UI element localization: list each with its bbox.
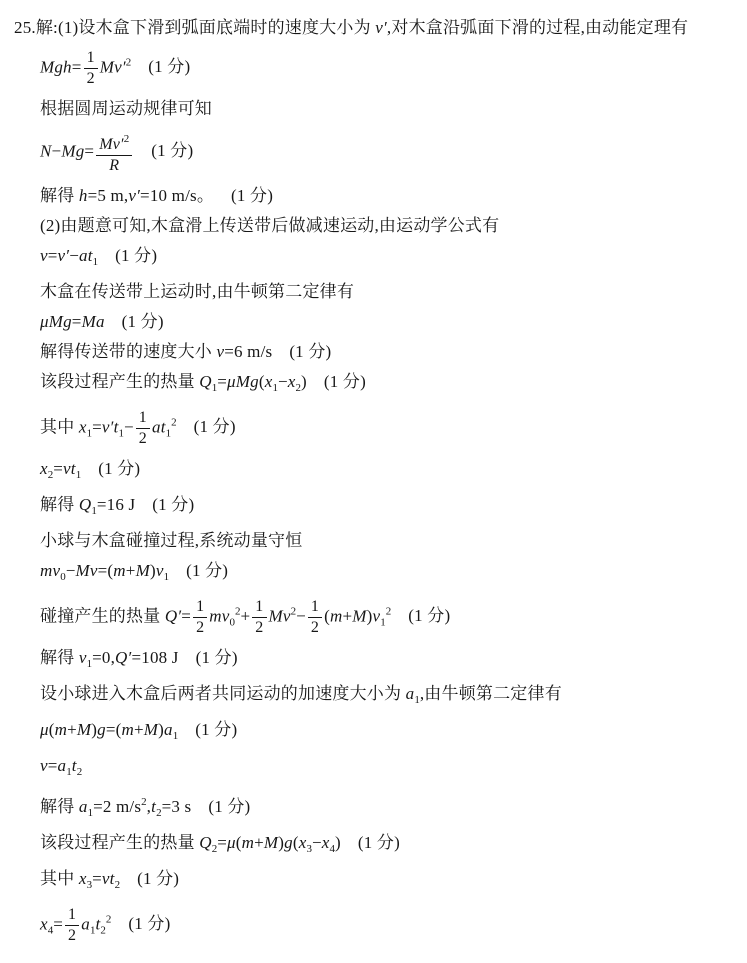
solution-line: mv0−Mv=(m+M)v1(1 分)	[14, 556, 741, 592]
text-run: ,对木盒沿弧面下滑的过程,由动能定理有	[387, 18, 688, 37]
math-variable: Q′	[165, 606, 181, 625]
solution-line: x4=12a1t22(1 分)	[14, 900, 741, 951]
math-variable: x	[299, 833, 307, 852]
text-run: 解得传送带的速度大小	[40, 342, 216, 361]
solution-line: N−Mg=Mv′2R(1 分)	[14, 124, 741, 181]
fraction-denominator: 2	[136, 429, 150, 448]
math-variable: at	[152, 417, 166, 436]
solution-line: μ(m+M)g=(m+M)a1(1 分)	[14, 715, 741, 751]
text-run: 1	[311, 598, 319, 615]
math-subscript: 1	[173, 730, 179, 742]
text-run: =	[217, 833, 227, 852]
math-variable: Q	[199, 372, 211, 391]
solution-line: v=a1t2	[14, 751, 741, 787]
text-run: 25.解:(1)设木盒下滑到弧面底端时的速度大小为	[14, 18, 375, 37]
math-variable: vt	[102, 869, 115, 888]
text-run: =	[72, 57, 82, 76]
math-subscript: 1	[76, 469, 82, 481]
fraction-denominator: 2	[308, 618, 322, 637]
math-variable: Mv	[76, 561, 98, 580]
text-run: 解得	[40, 495, 79, 514]
math-variable: Mgh	[40, 57, 72, 76]
math-variable: Q′	[115, 648, 131, 667]
text-run: ,由牛顿第二定律有	[420, 684, 562, 703]
text-run: +	[241, 606, 251, 625]
text-run: =108 J	[131, 648, 178, 667]
math-variable: mv	[209, 606, 229, 625]
text-run: =	[48, 246, 58, 265]
math-superscript: 2	[124, 133, 130, 145]
text-run: 其中	[40, 869, 79, 888]
math-subscript: 1	[164, 571, 170, 583]
math-variable: v	[40, 246, 48, 265]
math-variable: Mv′	[100, 57, 126, 76]
solution-line: 其中 x1=v′t1−12at12(1 分)	[14, 403, 741, 454]
math-variable: g	[284, 833, 293, 852]
text-run: +	[134, 720, 144, 739]
text-run: =0,	[92, 648, 115, 667]
text-run: 1	[139, 409, 147, 426]
text-run: 设小球进入木盒后两者共同运动的加速度大小为	[40, 684, 406, 703]
math-variable: h	[79, 186, 88, 205]
solution-line: v=v′−at1(1 分)	[14, 241, 741, 277]
score-note: (1 分)	[128, 914, 170, 933]
score-note: (1 分)	[408, 606, 450, 625]
score-note: (1 分)	[208, 797, 250, 816]
text-run: )	[301, 372, 307, 391]
solution-line: Mgh=12Mv′2(1 分)	[14, 43, 741, 94]
text-run: =(	[98, 561, 114, 580]
fraction-denominator: 2	[84, 69, 98, 88]
text-run: =3 s	[162, 797, 192, 816]
math-superscript: 2	[171, 416, 177, 428]
fraction-numerator: 1	[193, 598, 207, 618]
math-variable: x	[40, 914, 48, 933]
fraction-numerator: 1	[84, 49, 98, 69]
math-subscript: 1	[380, 616, 386, 628]
text-run: 解得	[40, 797, 79, 816]
math-variable: at	[79, 246, 93, 265]
score-note: (1 分)	[186, 561, 228, 580]
math-superscript: 2	[106, 913, 112, 925]
text-run: =2 m/s	[93, 797, 141, 816]
math-variable: x	[79, 869, 87, 888]
math-variable: M	[144, 720, 158, 739]
score-note: (1 分)	[115, 246, 157, 265]
math-variable: a	[164, 720, 173, 739]
text-run: =	[92, 417, 102, 436]
text-run: −	[278, 372, 288, 391]
math-variable: Q	[79, 495, 91, 514]
score-note: (1 分)	[151, 141, 193, 160]
text-run: 1	[255, 598, 263, 615]
solution-line: x2=vt1(1 分)	[14, 454, 741, 490]
text-run: +	[126, 561, 136, 580]
text-run: 该段过程产生的热量	[40, 372, 199, 391]
solution-line: 根据圆周运动规律可知	[14, 94, 741, 124]
math-superscript: 2	[126, 56, 132, 68]
text-run: 2	[87, 70, 95, 87]
math-variable: μMg	[40, 312, 72, 331]
math-variable: Q	[199, 833, 211, 852]
solution-line: 解得 h=5 m,v′=10 m/s。(1 分)	[14, 181, 741, 211]
text-run: 碰撞产生的热量	[40, 606, 165, 625]
text-run: =6 m/s	[224, 342, 272, 361]
text-run: =	[72, 312, 82, 331]
text-run: (2)由题意可知,木盒滑上传送带后做减速运动,由运动学公式有	[40, 216, 499, 235]
solution-line: 解得传送带的速度大小 v=6 m/s(1 分)	[14, 337, 741, 367]
fraction-numerator: 1	[252, 598, 266, 618]
math-variable: v′	[58, 246, 70, 265]
math-subscript: 0	[230, 616, 236, 628]
math-variable: v	[156, 561, 164, 580]
math-variable: v	[40, 756, 48, 775]
text-run: 根据圆周运动规律可知	[40, 99, 212, 118]
score-note: (1 分)	[358, 833, 400, 852]
solution-line: 木盒在传送带上运动时,由牛顿第二定律有	[14, 277, 741, 307]
text-run: 解得	[40, 186, 79, 205]
score-note: (1 分)	[196, 648, 238, 667]
fraction: 12	[84, 49, 98, 88]
text-run: −	[124, 417, 134, 436]
math-variable: M	[264, 833, 278, 852]
fraction-denominator: 2	[193, 618, 207, 637]
text-run: 2	[196, 619, 204, 636]
math-variable: m	[330, 606, 342, 625]
text-run: 木盒在传送带上运动时,由牛顿第二定律有	[40, 282, 354, 301]
math-variable: a	[81, 914, 90, 933]
text-run: 2	[68, 927, 76, 944]
text-run: −	[69, 246, 79, 265]
math-variable: g	[97, 720, 106, 739]
math-variable: R	[109, 157, 119, 174]
math-variable: x	[79, 417, 87, 436]
fraction-numerator: 1	[65, 906, 79, 926]
math-variable: x	[288, 372, 296, 391]
math-variable: v′	[128, 186, 140, 205]
math-variable: μ	[40, 720, 49, 739]
solution-line: (2)由题意可知,木盒滑上传送带后做减速运动,由运动学公式有	[14, 211, 741, 241]
text-run: 解得	[40, 648, 79, 667]
solution-line: 碰撞产生的热量 Q′=12mv02+12Mv2−12(m+M)v12(1 分)	[14, 592, 741, 643]
fraction: 12	[193, 598, 207, 637]
text-run: +	[342, 606, 352, 625]
math-variable: M	[352, 606, 366, 625]
text-run: 1	[87, 49, 95, 66]
fraction: 12	[136, 409, 150, 448]
text-run: =5 m,	[88, 186, 129, 205]
text-run: 1	[196, 598, 204, 615]
text-run: −	[66, 561, 76, 580]
text-run: 该段过程产生的热量	[40, 833, 199, 852]
solution-line: 解得 a1=2 m/s2,t2=3 s(1 分)	[14, 787, 741, 828]
math-variable: m	[113, 561, 125, 580]
text-run: =(	[106, 720, 122, 739]
score-note: (1 分)	[122, 312, 164, 331]
text-run: =	[53, 459, 63, 478]
score-note: (1 分)	[148, 57, 190, 76]
solution-line: μMg=Ma(1 分)	[14, 307, 741, 337]
math-superscript: 2	[386, 605, 392, 617]
math-subscript: 1	[166, 427, 172, 439]
text-run: +	[254, 833, 264, 852]
score-note: (1 分)	[324, 372, 366, 391]
math-variable: v′	[375, 18, 387, 37]
solution-line: 25.解:(1)设木盒下滑到弧面底端时的速度大小为 v′,对木盒沿弧面下滑的过程…	[14, 13, 741, 43]
text-run: 2	[139, 430, 147, 447]
fraction-numerator: 1	[308, 598, 322, 618]
math-variable: m	[55, 720, 67, 739]
text-run: =10 m/s。	[140, 186, 214, 205]
math-variable: a	[58, 756, 67, 775]
solution-line: 解得 v1=0,Q′=108 J(1 分)	[14, 643, 741, 679]
solution-line: 该段过程产生的热量 Q2=μ(m+M)g(x3−x4)(1 分)	[14, 828, 741, 864]
fraction-numerator: 1	[136, 409, 150, 429]
text-run: −	[52, 141, 62, 160]
solution-line: 设小球进入木盒后两者共同运动的加速度大小为 a1,由牛顿第二定律有	[14, 679, 741, 715]
text-run: 1	[68, 906, 76, 923]
text-run: =	[217, 372, 227, 391]
text-run: =	[92, 869, 102, 888]
solution-body: 25.解:(1)设木盒下滑到弧面底端时的速度大小为 v′,对木盒沿弧面下滑的过程…	[14, 13, 741, 951]
math-variable: x	[40, 459, 48, 478]
fraction-denominator: R	[96, 156, 132, 175]
score-note: (1 分)	[231, 186, 273, 205]
score-note: (1 分)	[289, 342, 331, 361]
text-run: 其中	[40, 417, 79, 436]
fraction: 12	[65, 906, 79, 945]
math-variable: Ma	[82, 312, 105, 331]
text-run: −	[312, 833, 322, 852]
solution-line: 该段过程产生的热量 Q1=μMg(x1−x2)(1 分)	[14, 367, 741, 403]
math-variable: μ	[227, 833, 236, 852]
fraction-numerator: Mv′2	[96, 130, 132, 156]
score-note: (1 分)	[152, 495, 194, 514]
text-run: −	[296, 606, 306, 625]
score-note: (1 分)	[195, 720, 237, 739]
fraction-denominator: 2	[252, 618, 266, 637]
text-run: +	[67, 720, 77, 739]
text-run: =16 J	[97, 495, 135, 514]
math-variable: μMg	[227, 372, 259, 391]
score-note: (1 分)	[98, 459, 140, 478]
fraction: 12	[308, 598, 322, 637]
math-subscript: 2	[100, 924, 106, 936]
text-run: 小球与木盒碰撞过程,系统动量守恒	[40, 531, 302, 550]
text-run: )	[335, 833, 341, 852]
solution-line: 小球与木盒碰撞过程,系统动量守恒	[14, 526, 741, 556]
math-variable: M	[77, 720, 91, 739]
text-run: =	[181, 606, 191, 625]
document-page: 25.解:(1)设木盒下滑到弧面底端时的速度大小为 v′,对木盒沿弧面下滑的过程…	[0, 0, 747, 963]
math-variable: vt	[63, 459, 76, 478]
text-run: =	[53, 914, 63, 933]
math-variable: Mv′	[99, 136, 124, 153]
math-variable: v	[79, 648, 87, 667]
math-subscript: 2	[115, 879, 121, 891]
math-variable: mv	[40, 561, 60, 580]
math-variable: x	[322, 833, 330, 852]
solution-line: 其中 x3=vt2(1 分)	[14, 864, 741, 900]
math-variable: m	[242, 833, 254, 852]
fraction: 12	[252, 598, 266, 637]
math-variable: Mv	[269, 606, 291, 625]
math-variable: v′t	[102, 417, 119, 436]
math-subscript: 1	[93, 256, 99, 268]
score-note: (1 分)	[194, 417, 236, 436]
text-run: 2	[311, 619, 319, 636]
math-variable: a	[79, 797, 88, 816]
text-run: =	[48, 756, 58, 775]
math-variable: M	[136, 561, 150, 580]
math-variable: Mg	[61, 141, 84, 160]
solution-line: 解得 Q1=16 J(1 分)	[14, 490, 741, 526]
text-run: =	[84, 141, 94, 160]
fraction-denominator: 2	[65, 926, 79, 945]
fraction: Mv′2R	[96, 130, 132, 175]
text-run: 2	[255, 619, 263, 636]
score-note: (1 分)	[137, 869, 179, 888]
math-variable: N	[40, 141, 52, 160]
math-variable: m	[122, 720, 134, 739]
math-subscript: 2	[77, 766, 83, 778]
